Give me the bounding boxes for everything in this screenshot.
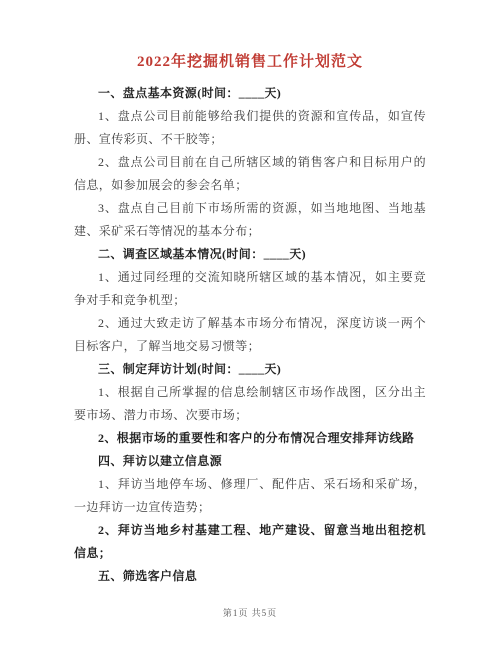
paragraph: 2、拜访当地乡村基建工程、地产建设、留意当地出租挖机信息； xyxy=(74,519,426,565)
paragraph: 三、制定拜访计划(时间：____天) xyxy=(74,358,426,381)
page-number-footer: 第1页 共5页 xyxy=(0,606,500,619)
paragraph: 2、根据市场的重要性和客户的分布情况合理安排拜访线路 xyxy=(74,427,426,450)
paragraph: 3、盘点自己目前下市场所需的资源，如当地地图、当地基建、采矿采石等情况的基本分布… xyxy=(74,197,426,243)
paragraph: 1、通过同经理的交流知晓所辖区域的基本情况，如主要竞争对手和竞争机型； xyxy=(74,266,426,312)
paragraph: 1、盘点公司目前能够给我们提供的资源和宣传品，如宣传册、宣传彩页、不干胶等； xyxy=(74,105,426,151)
paragraph: 1、拜访当地停车场、修理厂、配件店、采石场和采矿场，一边拜访一边宣传造势； xyxy=(74,473,426,519)
paragraph: 2、盘点公司目前在自己所辖区域的销售客户和目标用户的信息，如参加展会的参会名单； xyxy=(74,151,426,197)
paragraph: 1、根据自己所掌握的信息绘制辖区市场作战图，区分出主要市场、潜力市场、次要市场； xyxy=(74,381,426,427)
paragraph: 一、盘点基本资源(时间：____天) xyxy=(74,82,426,105)
paragraph: 五、筛选客户信息 xyxy=(74,565,426,588)
document-page: 2022年挖掘机销售工作计划范文 一、盘点基本资源(时间：____天)1、盘点公… xyxy=(0,0,500,647)
document-title: 2022年挖掘机销售工作计划范文 xyxy=(74,52,426,72)
paragraph: 二、调查区域基本情况(时间：____天) xyxy=(74,243,426,266)
document-body: 一、盘点基本资源(时间：____天)1、盘点公司目前能够给我们提供的资源和宣传品… xyxy=(74,82,426,588)
paragraph: 2、通过大致走访了解基本市场分布情况，深度访谈一两个目标客户，了解当地交易习惯等… xyxy=(74,312,426,358)
paragraph: 四、拜访以建立信息源 xyxy=(74,450,426,473)
